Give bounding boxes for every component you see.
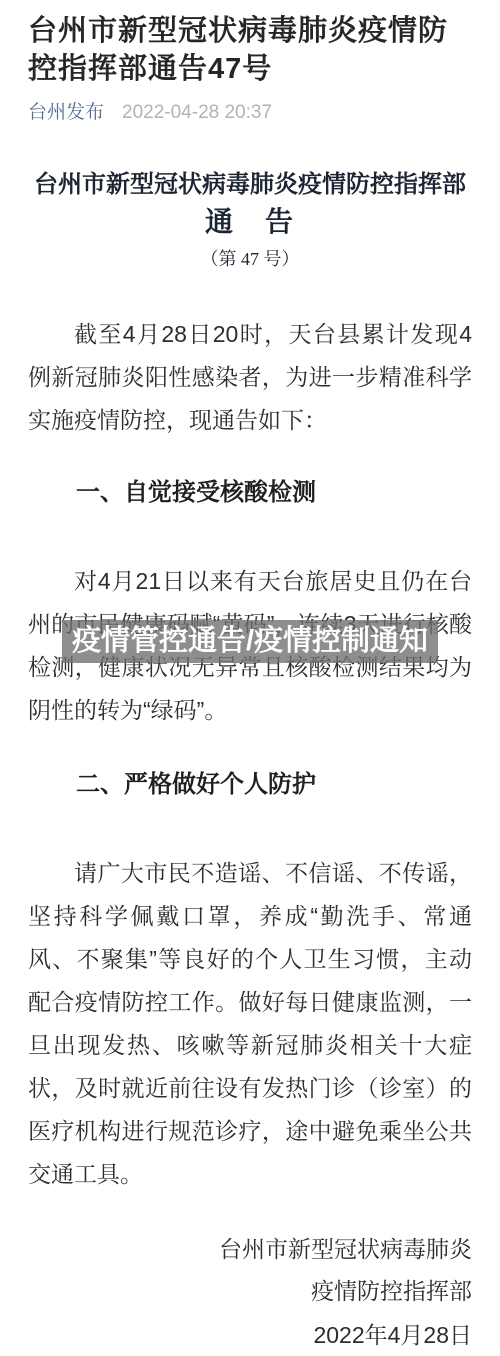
section-1-heading: 一、自觉接受核酸检测 — [28, 478, 472, 508]
notice-title: 通 告 — [28, 208, 472, 237]
section-2-heading: 二、严格做好个人防护 — [28, 770, 472, 800]
article-title: 台州市新型冠状病毒肺炎疫情防控指挥部通告47号 — [28, 12, 472, 88]
notice-number-line: （第 47 号） — [28, 250, 472, 269]
article-meta: 台州发布 2022-04-28 20:37 — [28, 102, 472, 124]
notice-header: 台州市新型冠状病毒肺炎疫情防控指挥部 通 告 （第 47 号） — [28, 170, 472, 269]
signature-block: 台州市新型冠状病毒肺炎 疫情防控指挥部 2022年4月28日 — [28, 1228, 472, 1356]
signature-date: 2022年4月28日 — [28, 1314, 472, 1356]
signature-line-2: 疫情防控指挥部 — [28, 1270, 472, 1312]
publish-timestamp: 2022-04-28 20:37 — [122, 102, 272, 124]
intro-paragraph: 截至4月28日20时，天台县累计发现4例新冠肺炎阳性感染者，为进一步精准科学实施… — [28, 313, 472, 442]
caption-overlay: 疫情管控通告/疫情控制通知 — [62, 620, 438, 663]
article-page: { "header": { "title": "台州市新型冠状病毒肺炎疫情防控指… — [0, 0, 500, 1356]
article-content: 台州市新型冠状病毒肺炎疫情防控指挥部通告47号 台州发布 2022-04-28 … — [0, 12, 500, 1356]
section-2-paragraph: 请广大市民不造谣、不信谣、不传谣，坚持科学佩戴口罩，养成“勤洗手、常通风、不聚集… — [28, 852, 472, 1196]
notice-org-line: 台州市新型冠状病毒肺炎疫情防控指挥部 — [28, 170, 472, 201]
source-account-link[interactable]: 台州发布 — [28, 102, 104, 124]
signature-line-1: 台州市新型冠状病毒肺炎 — [28, 1228, 472, 1270]
